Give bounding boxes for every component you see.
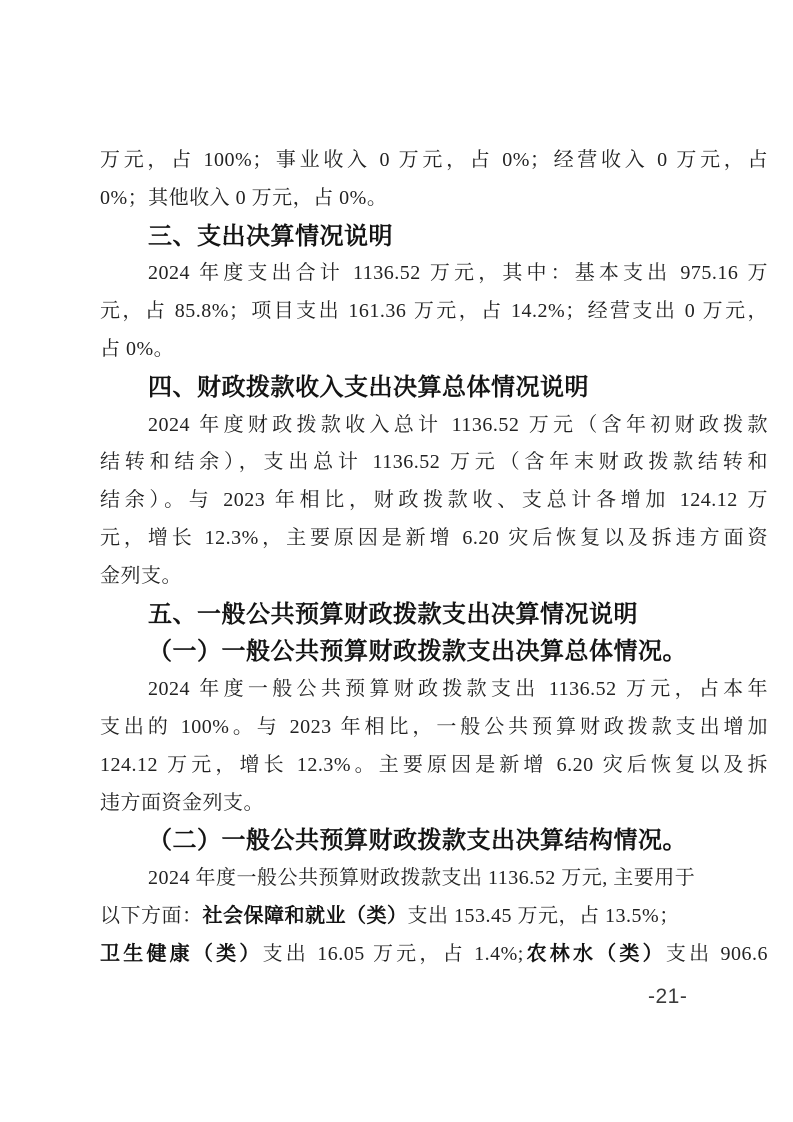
page-content: 万元，占 100%；事业收入 0 万元，占 0%；经营收入 0 万元，占 0%；… xyxy=(100,142,768,974)
text-line: 违方面资金列支。 xyxy=(100,785,768,823)
bold-text-run: 社会保障和就业（类） xyxy=(203,905,408,927)
text-line: 元，占 85.8%；项目支出 161.36 万元，占 14.2%；经营支出 0 … xyxy=(100,293,768,331)
text-line: 卫生健康（类）支出 16.05 万元，占 1.4%;农林水（类）支出 906.6 xyxy=(100,936,768,974)
text-run: 支出 906.6 xyxy=(666,943,768,965)
document-page: 万元，占 100%；事业收入 0 万元，占 0%；经营收入 0 万元，占 0%；… xyxy=(0,0,793,1122)
text-line: 支出的 100%。与 2023 年相比，一般公共预算财政拨款支出增加 xyxy=(100,709,768,747)
text-run: 支出 16.05 万元，占 1.4%; xyxy=(263,943,524,965)
bold-text-run: 卫生健康（类） xyxy=(100,943,263,965)
text-line: 以下方面：社会保障和就业（类）支出 153.45 万元，占 13.5%； xyxy=(100,898,768,936)
text-line: 2024 年度支出合计 1136.52 万元，其中：基本支出 975.16 万 xyxy=(100,255,768,293)
text-line: 结余）。与 2023 年相比，财政拨款收、支总计各增加 124.12 万 xyxy=(100,482,768,520)
text-run: 支出 153.45 万元，占 13.5%； xyxy=(408,905,680,927)
section-heading: 四、财政拨款收入支出决算总体情况说明 xyxy=(100,369,768,407)
section-heading: （二）一般公共预算财政拨款支出决算结构情况。 xyxy=(100,822,768,860)
text-line: 元，增长 12.3%，主要原因是新增 6.20 灾后恢复以及拆违方面资 xyxy=(100,520,768,558)
text-line: 0%；其他收入 0 万元，占 0%。 xyxy=(100,180,768,218)
text-run: 以下方面： xyxy=(100,905,203,927)
bold-text-run: 农林水（类） xyxy=(524,943,666,965)
text-line: 金列支。 xyxy=(100,558,768,596)
section-heading: 五、一般公共预算财政拨款支出决算情况说明 xyxy=(100,596,768,634)
text-line: 结转和结余），支出总计 1136.52 万元（含年末财政拨款结转和 xyxy=(100,444,768,482)
text-line: 占 0%。 xyxy=(100,331,768,369)
text-line: 2024 年度财政拨款收入总计 1136.52 万元（含年初财政拨款 xyxy=(100,407,768,445)
text-line: 2024 年度一般公共预算财政拨款支出 1136.52 万元，占本年 xyxy=(100,671,768,709)
text-line: 万元，占 100%；事业收入 0 万元，占 0%；经营收入 0 万元，占 xyxy=(100,142,768,180)
section-heading: （一）一般公共预算财政拨款支出决算总体情况。 xyxy=(100,633,768,671)
section-heading: 三、支出决算情况说明 xyxy=(100,218,768,256)
page-number: -21- xyxy=(648,985,687,1009)
text-line: 124.12 万元，增长 12.3%。主要原因是新增 6.20 灾后恢复以及拆 xyxy=(100,747,768,785)
text-line: 2024 年度一般公共预算财政拨款支出 1136.52 万元, 主要用于 xyxy=(100,860,768,898)
